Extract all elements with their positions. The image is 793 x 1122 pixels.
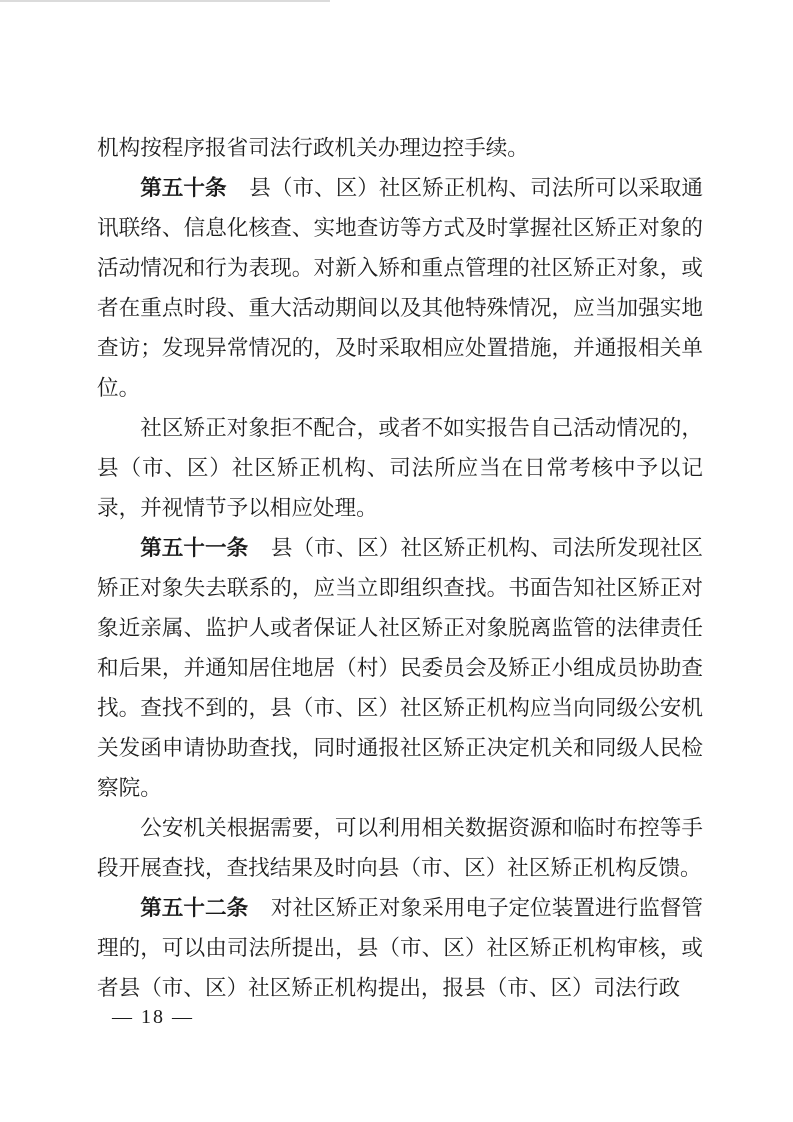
article-52-number: 第五十二条 — [140, 895, 248, 920]
paragraph-article-51: 第五十一条县（市、区）社区矫正机构、司法所发现社区矫正对象失去联系的，应当立即组… — [97, 528, 703, 808]
paragraph-article-52: 第五十二条对社区矫正对象采用电子定位装置进行监督管理的，可以由司法所提出，县（市… — [97, 888, 703, 1008]
paragraph-article-50-clause-2: 社区矫正对象拒不配合，或者不如实报告自己活动情况的，县（市、区）社区矫正机构、司… — [97, 408, 703, 528]
page-number: — 18 — — [112, 1003, 194, 1031]
article-50-body: 县（市、区）社区矫正机构、司法所可以采取通讯联络、信息化核查、实地查访等方式及时… — [97, 176, 703, 400]
document-body-text: 机构按程序报省司法行政机关办理边控手续。 第五十条县（市、区）社区矫正机构、司法… — [97, 128, 703, 1008]
article-51-number: 第五十一条 — [140, 535, 248, 560]
paragraph-continuation: 机构按程序报省司法行政机关办理边控手续。 — [97, 128, 703, 168]
document-page: 机构按程序报省司法行政机关办理边控手续。 第五十条县（市、区）社区矫正机构、司法… — [0, 0, 793, 1122]
paragraph-article-51-clause-2: 公安机关根据需要，可以利用相关数据资源和临时布控等手段开展查找，查找结果及时向县… — [97, 808, 703, 888]
article-51-body: 县（市、区）社区矫正机构、司法所发现社区矫正对象失去联系的，应当立即组织查找。书… — [97, 536, 703, 800]
scan-artifact-top-edge — [0, 0, 330, 2]
article-50-number: 第五十条 — [140, 175, 226, 200]
paragraph-article-50: 第五十条县（市、区）社区矫正机构、司法所可以采取通讯联络、信息化核查、实地查访等… — [97, 168, 703, 408]
